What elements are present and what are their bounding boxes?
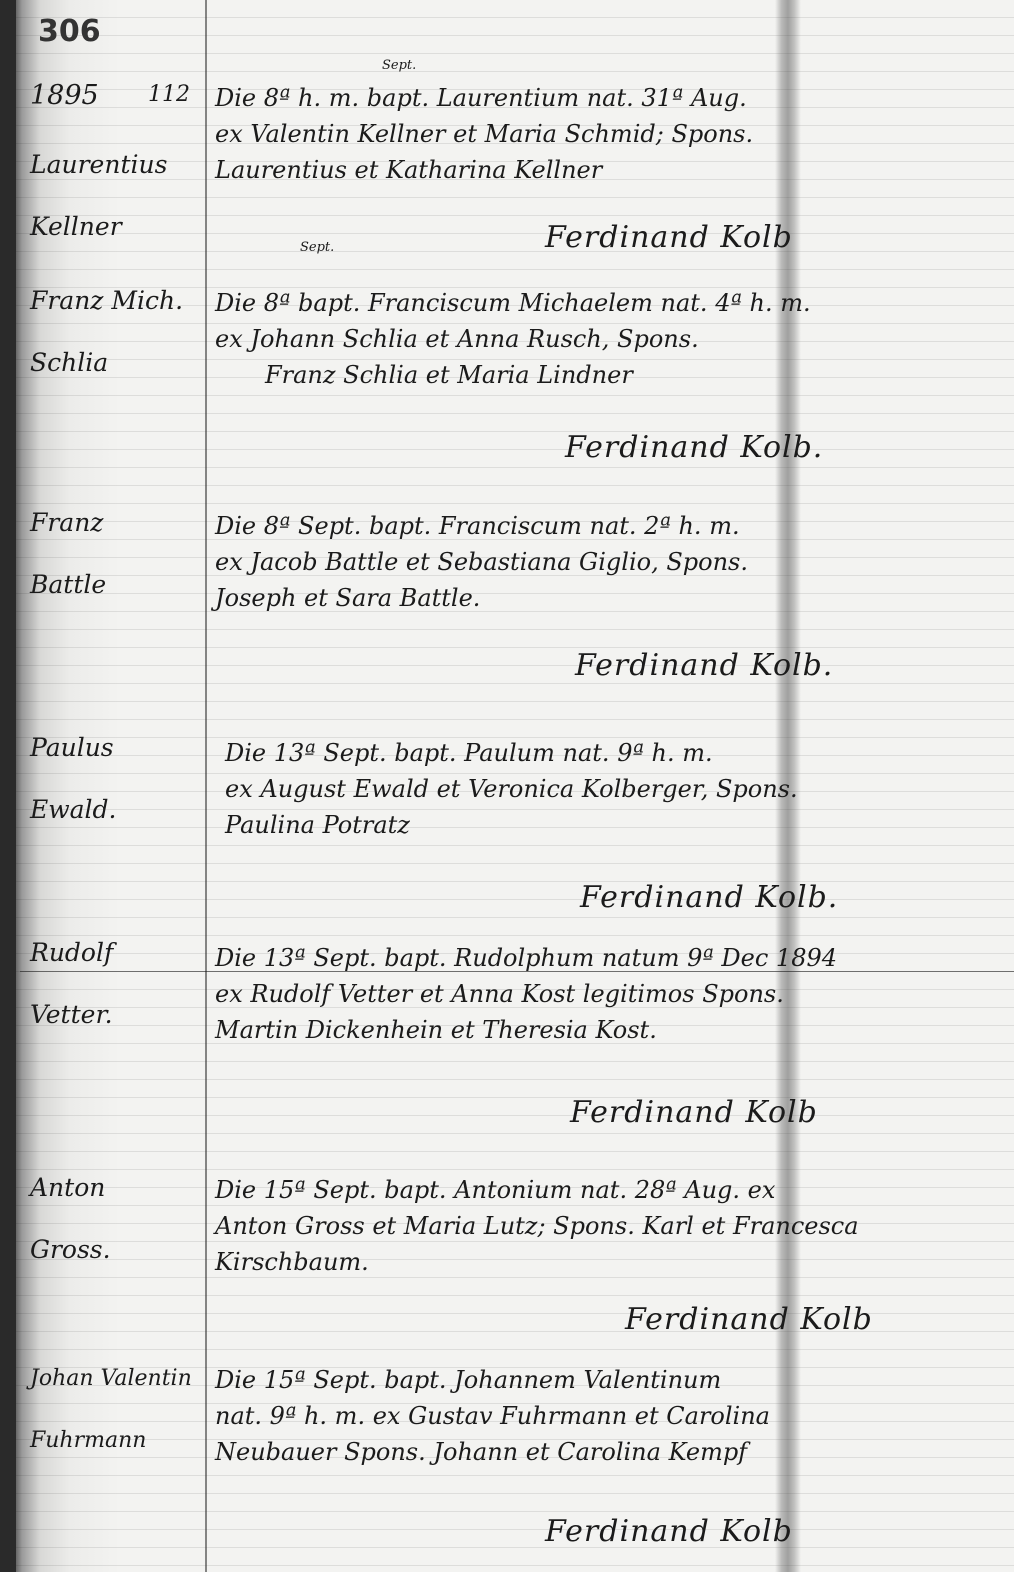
entry-text: Die 8ª h. m. bapt. Laurentium nat. 31ª A… [215,80,935,188]
margin-given-name: Rudolf [30,940,202,1002]
entry-line: Die 15ª Sept. bapt. Antonium nat. 28ª Au… [215,1172,935,1208]
entry-margin-name: Paulus Ewald. [30,735,202,859]
entry-line: Paulina Potratz [225,807,945,843]
entry-text: Die 13ª Sept. bapt. Paulum nat. 9ª h. m.… [225,735,945,843]
entry-text: Die 8ª bapt. Franciscum Michaelem nat. 4… [215,285,935,393]
entry-line: Die 13ª Sept. bapt. Paulum nat. 9ª h. m. [225,735,945,771]
margin-column-rule [205,0,207,1572]
margin-given-name: Franz Mich. [30,288,202,350]
entry-line: Joseph et Sara Battle. [215,580,935,616]
officiant-signature: Ferdinand Kolb [545,220,793,255]
officiant-signature: Ferdinand Kolb [570,1095,818,1130]
register-page: 306 1895 112 Sept. Laurentius Kellner Di… [0,0,1014,1572]
entry-margin-name: Franz Mich. Schlia [30,288,202,412]
margin-given-name: Johan Valentin [30,1367,210,1429]
entry-line: nat. 9ª h. m. ex Gustav Fuhrmann et Caro… [215,1398,935,1434]
margin-given-name: Franz [30,510,202,572]
entry-line: ex Valentin Kellner et Maria Schmid; Spo… [215,116,935,152]
margin-surname: Schlia [30,350,202,412]
entry-line: Die 15ª Sept. bapt. Johannem Valentinum [215,1362,935,1398]
entry-line: Anton Gross et Maria Lutz; Spons. Karl e… [215,1208,935,1244]
entry-number: 112 [148,82,190,107]
margin-surname: Fuhrmann [30,1429,210,1491]
margin-given-name: Laurentius [30,152,202,214]
officiant-signature: Ferdinand Kolb. [575,648,833,683]
entry-line: Die 8ª Sept. bapt. Franciscum nat. 2ª h.… [215,508,935,544]
entry-line: Die 13ª Sept. bapt. Rudolphum natum 9ª D… [215,940,935,976]
entry-text: Die 8ª Sept. bapt. Franciscum nat. 2ª h.… [215,508,935,616]
margin-given-name: Anton [30,1175,202,1237]
margin-surname: Battle [30,572,202,634]
entry-line: Die 8ª bapt. Franciscum Michaelem nat. 4… [215,285,935,321]
entry-margin-name: Johan Valentin Fuhrmann [30,1367,210,1491]
signature-note: Sept. [300,240,334,255]
entry-line: ex Jacob Battle et Sebastiana Giglio, Sp… [215,544,935,580]
officiant-signature: Ferdinand Kolb [545,1514,793,1549]
register-year: 1895 [30,80,99,111]
margin-surname: Ewald. [30,797,202,859]
entry-line: Neubauer Spons. Johann et Carolina Kempf [215,1434,935,1470]
entry-text: Die 15ª Sept. bapt. Johannem Valentinum … [215,1362,935,1470]
entry-text: Die 13ª Sept. bapt. Rudolphum natum 9ª D… [215,940,935,1048]
entry-line: Martin Dickenhein et Theresia Kost. [215,1012,935,1048]
officiant-signature: Ferdinand Kolb. [565,430,823,465]
margin-surname: Kellner [30,214,202,276]
insert-note: Sept. [382,58,416,73]
entry-line: Kirschbaum. [215,1244,935,1280]
book-binding-shadow [0,0,16,1572]
officiant-signature: Ferdinand Kolb. [580,880,838,915]
entry-line: Die 8ª h. m. bapt. Laurentium nat. 31ª A… [215,80,935,116]
entry-margin-name: Laurentius Kellner [30,152,202,276]
officiant-signature: Ferdinand Kolb [625,1302,873,1337]
margin-surname: Vetter. [30,1002,202,1064]
page-number: 306 [38,14,101,49]
entry-line: Franz Schlia et Maria Lindner [215,357,935,393]
margin-given-name: Paulus [30,735,202,797]
entry-margin-name: Franz Battle [30,510,202,634]
entry-margin-name: Anton Gross. [30,1175,202,1299]
margin-surname: Gross. [30,1237,202,1299]
entry-margin-name: Rudolf Vetter. [30,940,202,1064]
entry-line: ex Johann Schlia et Anna Rusch, Spons. [215,321,935,357]
entry-line: ex Rudolf Vetter et Anna Kost legitimos … [215,976,935,1012]
entry-line: Laurentius et Katharina Kellner [215,152,935,188]
entry-line: ex August Ewald et Veronica Kolberger, S… [225,771,945,807]
entry-text: Die 15ª Sept. bapt. Antonium nat. 28ª Au… [215,1172,935,1280]
